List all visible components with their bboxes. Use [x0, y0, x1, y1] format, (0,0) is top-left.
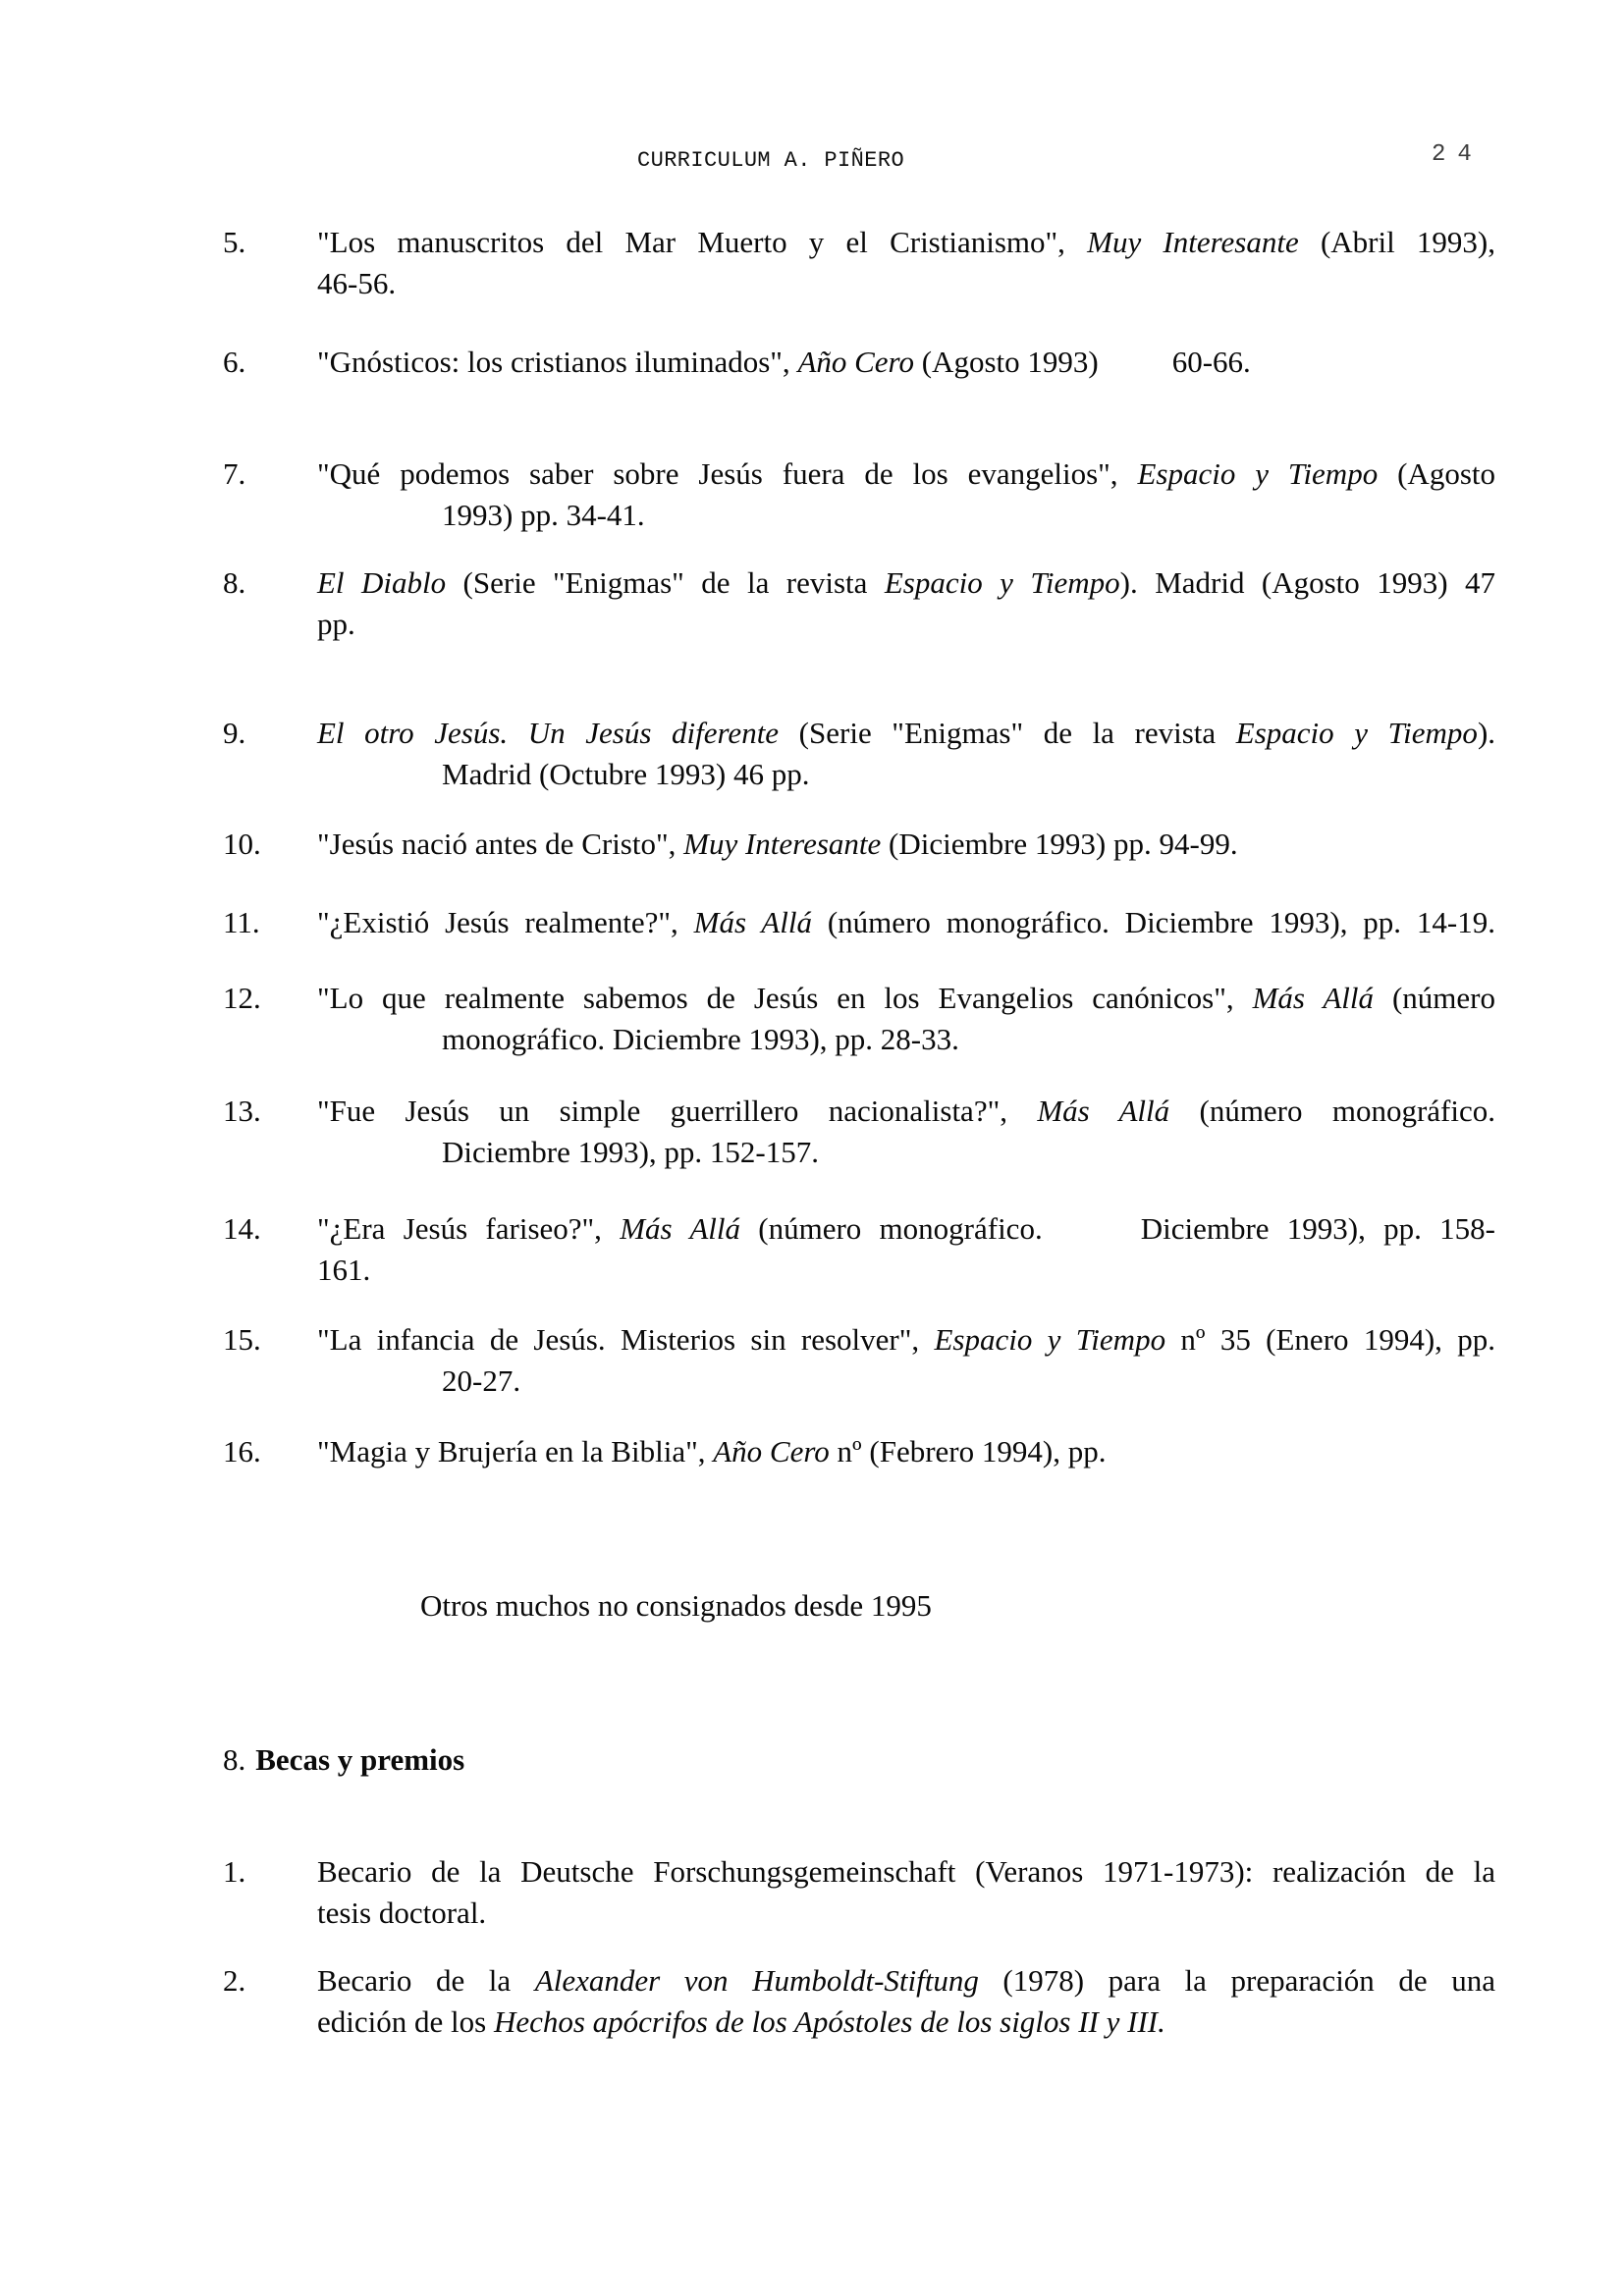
text-run: pp. — [317, 607, 355, 641]
text-run: (número monográfico. — [740, 1211, 1043, 1246]
italic-text-run: Alexander von Humboldt-Stiftung — [535, 1963, 979, 1998]
text-line: monográfico. Diciembre 1993), pp. 28-33. — [317, 1019, 1495, 1060]
italic-text-run: Hechos apócrifos de los Apóstoles de los… — [494, 2004, 1165, 2039]
text-line: Becario de la Deutsche Forschungsgemeins… — [317, 1851, 1495, 1893]
text-line: Madrid (Octubre 1993) 46 pp. — [317, 754, 1495, 795]
publication-item: 5."Los manuscritos del Mar Muerto y el C… — [223, 222, 1495, 304]
note-line: Otros muchos no consignados desde 1995 — [420, 1585, 932, 1627]
whitespace-gap — [1099, 371, 1172, 372]
item-text: "Qué podemos saber sobre Jesús fuera de … — [317, 454, 1495, 536]
text-line: "¿Existió Jesús realmente?", Más Allá (n… — [317, 902, 1495, 943]
item-number: 6. — [223, 342, 245, 383]
text-line: Becario de la Alexander von Humboldt-Sti… — [317, 1960, 1495, 2002]
text-run: "¿Existió Jesús realmente?", — [317, 905, 694, 939]
item-number: 2. — [223, 1960, 245, 2002]
text-run: 20-27. — [442, 1363, 520, 1398]
text-run: tesis doctoral. — [317, 1896, 486, 1930]
item-number: 13. — [223, 1091, 261, 1132]
item-number: 11. — [223, 902, 260, 943]
whitespace-gap — [1043, 1238, 1141, 1239]
text-line: "La infancia de Jesús. Misterios sin res… — [317, 1319, 1495, 1361]
italic-text-run: Año Cero — [713, 1434, 830, 1468]
italic-text-run: Muy Interesante — [683, 827, 881, 861]
text-run: (número monográfico. — [1169, 1094, 1495, 1128]
italic-text-run: Muy Interesante — [1087, 225, 1299, 259]
italic-text-run: Espacio y Tiempo — [1236, 716, 1478, 750]
item-number: 1. — [223, 1851, 245, 1893]
text-line: "Gnósticos: los cristianos iluminados", … — [317, 342, 1495, 383]
text-run: "Jesús nació antes de Cristo", — [317, 827, 683, 861]
text-run: "Gnósticos: los cristianos iluminados", — [317, 345, 797, 379]
text-run: Madrid (Octubre 1993) 46 pp. — [442, 757, 810, 791]
text-line: pp. — [317, 604, 1495, 645]
text-run: 46-56. — [317, 266, 396, 300]
item-number: 14. — [223, 1208, 261, 1250]
text-line: edición de los Hechos apócrifos de los A… — [317, 2002, 1495, 2043]
text-run: "Magia y Brujería en la Biblia", — [317, 1434, 713, 1468]
text-run: (número monográfico. Diciembre 1993), pp… — [812, 905, 1495, 939]
item-number: 16. — [223, 1431, 261, 1472]
text-line: El otro Jesús. Un Jesús diferente (Serie… — [317, 713, 1495, 754]
text-run: "Qué podemos saber sobre Jesús fuera de … — [317, 456, 1137, 491]
text-run: ). — [1478, 716, 1495, 750]
item-text: El otro Jesús. Un Jesús diferente (Serie… — [317, 713, 1495, 795]
item-number: 8. — [223, 562, 245, 604]
italic-text-run: El Diablo — [317, 565, 446, 600]
item-text: "Magia y Brujería en la Biblia", Año Cer… — [317, 1431, 1495, 1472]
text-run: monográfico. Diciembre 1993), pp. 28-33. — [442, 1022, 959, 1056]
item-text: "¿Era Jesús fariseo?", Más Allá (número … — [317, 1208, 1495, 1291]
italic-text-run: Espacio y Tiempo — [1137, 456, 1378, 491]
text-run: (Agosto — [1378, 456, 1495, 491]
publication-item: 7."Qué podemos saber sobre Jesús fuera d… — [223, 454, 1495, 536]
text-run: "Fue Jesús un simple guerrillero naciona… — [317, 1094, 1037, 1128]
text-line: 161. — [317, 1250, 1495, 1291]
item-text: "Fue Jesús un simple guerrillero naciona… — [317, 1091, 1495, 1173]
italic-text-run: Año Cero — [797, 345, 914, 379]
text-run: "Los manuscritos del Mar Muerto y el Cri… — [317, 225, 1087, 259]
text-run: (número — [1374, 981, 1495, 1015]
italic-text-run: Espacio y Tiempo — [934, 1322, 1165, 1357]
text-line: "Magia y Brujería en la Biblia", Año Cer… — [317, 1431, 1495, 1472]
text-run: (Diciembre 1993) pp. 94-99. — [881, 827, 1237, 861]
italic-text-run: Más Allá — [694, 905, 812, 939]
text-line: El Diablo (Serie "Enigmas" de la revista… — [317, 562, 1495, 604]
text-run: nº 35 (Enero 1994), pp. — [1165, 1322, 1495, 1357]
item-number: 5. — [223, 222, 245, 263]
grant-item: 2.Becario de la Alexander von Humboldt-S… — [223, 1960, 1495, 2043]
text-line: "Fue Jesús un simple guerrillero naciona… — [317, 1091, 1495, 1132]
text-run: Becario de la — [317, 1963, 535, 1998]
item-text: Becario de la Deutsche Forschungsgemeins… — [317, 1851, 1495, 1934]
text-line: "Los manuscritos del Mar Muerto y el Cri… — [317, 222, 1495, 263]
item-text: "Los manuscritos del Mar Muerto y el Cri… — [317, 222, 1495, 304]
publication-item: 6."Gnósticos: los cristianos iluminados"… — [223, 342, 1495, 383]
text-line: Diciembre 1993), pp. 152-157. — [317, 1132, 1495, 1173]
italic-text-run: El otro Jesús. Un Jesús diferente — [317, 716, 779, 750]
text-run: nº (Febrero 1994), pp. — [830, 1434, 1107, 1468]
text-run: edición de los — [317, 2004, 494, 2039]
publication-item: 15."La infancia de Jesús. Misterios sin … — [223, 1319, 1495, 1402]
text-run: "Lo que realmente sabemos de Jesús en lo… — [317, 981, 1253, 1015]
text-run: Diciembre 1993), pp. 158- — [1141, 1211, 1495, 1246]
text-line: "Qué podemos saber sobre Jesús fuera de … — [317, 454, 1495, 495]
item-text: "¿Existió Jesús realmente?", Más Allá (n… — [317, 902, 1495, 943]
text-run: 1993) pp. 34-41. — [442, 498, 645, 532]
page-header: CURRICULUM A. PIÑERO — [637, 148, 904, 173]
text-run: 60-66. — [1172, 345, 1251, 379]
section-heading: 8.Becas y premios — [223, 1739, 464, 1781]
text-line: tesis doctoral. — [317, 1893, 1495, 1934]
publication-item: 8.El Diablo (Serie "Enigmas" de la revis… — [223, 562, 1495, 645]
text-run: ). Madrid (Agosto 1993) 47 — [1120, 565, 1495, 600]
item-text: "Lo que realmente sabemos de Jesús en lo… — [317, 978, 1495, 1060]
text-run: (Serie "Enigmas" de la revista — [446, 565, 885, 600]
item-text: "Jesús nació antes de Cristo", Muy Inter… — [317, 824, 1495, 865]
text-run: (1978) para la preparación de una — [979, 1963, 1495, 1998]
page-number: 24 — [1432, 141, 1484, 168]
item-text: "Gnósticos: los cristianos iluminados", … — [317, 342, 1495, 383]
section-title: Becas y premios — [255, 1742, 464, 1777]
text-line: 20-27. — [317, 1361, 1495, 1402]
text-line: "Lo que realmente sabemos de Jesús en lo… — [317, 978, 1495, 1019]
text-run: Diciembre 1993), pp. 152-157. — [442, 1135, 819, 1169]
text-line: "Jesús nació antes de Cristo", Muy Inter… — [317, 824, 1495, 865]
section-number: 8. — [223, 1742, 245, 1777]
text-run: Becario de la Deutsche Forschungsgemeins… — [317, 1854, 1495, 1889]
item-number: 9. — [223, 713, 245, 754]
item-number: 10. — [223, 824, 261, 865]
item-text: Becario de la Alexander von Humboldt-Sti… — [317, 1960, 1495, 2043]
text-run: 161. — [317, 1253, 370, 1287]
publication-item: 13."Fue Jesús un simple guerrillero naci… — [223, 1091, 1495, 1173]
grant-item: 1.Becario de la Deutsche Forschungsgemei… — [223, 1851, 1495, 1934]
text-run: (Agosto 1993) — [914, 345, 1099, 379]
text-run: (Serie "Enigmas" de la revista — [779, 716, 1236, 750]
text-line: "¿Era Jesús fariseo?", Más Allá (número … — [317, 1208, 1495, 1250]
text-run: "¿Era Jesús fariseo?", — [317, 1211, 620, 1246]
item-text: El Diablo (Serie "Enigmas" de la revista… — [317, 562, 1495, 645]
italic-text-run: Espacio y Tiempo — [885, 565, 1120, 600]
item-number: 12. — [223, 978, 261, 1019]
item-text: "La infancia de Jesús. Misterios sin res… — [317, 1319, 1495, 1402]
text-line: 46-56. — [317, 263, 1495, 304]
publication-item: 14."¿Era Jesús fariseo?", Más Allá (núme… — [223, 1208, 1495, 1291]
publication-item: 16."Magia y Brujería en la Biblia", Año … — [223, 1431, 1495, 1472]
italic-text-run: Más Allá — [1037, 1094, 1169, 1128]
publication-item: 11."¿Existió Jesús realmente?", Más Allá… — [223, 902, 1495, 943]
publication-item: 12."Lo que realmente sabemos de Jesús en… — [223, 978, 1495, 1060]
text-run: (Abril 1993), — [1299, 225, 1495, 259]
item-number: 7. — [223, 454, 245, 495]
italic-text-run: Más Allá — [1253, 981, 1374, 1015]
italic-text-run: Más Allá — [620, 1211, 740, 1246]
text-run: "La infancia de Jesús. Misterios sin res… — [317, 1322, 934, 1357]
item-number: 15. — [223, 1319, 261, 1361]
text-line: 1993) pp. 34-41. — [317, 495, 1495, 536]
publication-item: 10."Jesús nació antes de Cristo", Muy In… — [223, 824, 1495, 865]
publication-item: 9.El otro Jesús. Un Jesús diferente (Ser… — [223, 713, 1495, 795]
